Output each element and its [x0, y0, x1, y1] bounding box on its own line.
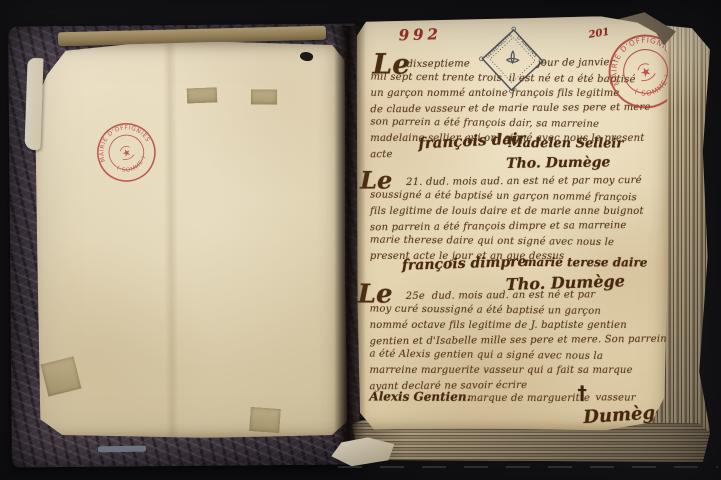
- manuscript-line: marie therese daire qui ont signé avec n…: [370, 232, 662, 250]
- paper-sliver: [98, 446, 146, 453]
- right-page-manuscript: 992 GENERALITE D'AMIENS 201: [355, 15, 668, 430]
- manuscript-line: marreine marguerite vasseur qui a fait s…: [369, 363, 661, 378]
- mairie-offignies-stamp: MAIRIE D'OFFIGNIES ( SOMME ) ★: [85, 111, 167, 193]
- marque-cross: †: [577, 382, 587, 404]
- stamp-emblem: ★: [121, 147, 134, 161]
- folio-number-red: 201: [588, 27, 610, 41]
- tape-piece: [249, 407, 281, 433]
- background-dashed-marks: [338, 466, 718, 468]
- signature-parrain-2: françois dimpre: [402, 254, 527, 274]
- signature-marraine-2: marie terese daire: [524, 255, 648, 269]
- manuscript-line: a été Alexis gentien qui a signé avec no…: [369, 346, 661, 364]
- baptism-entry-3: 25e dud. mois aud. an est né et par moy …: [369, 288, 661, 394]
- signature-cure-1: Tho. Dumège: [506, 154, 610, 171]
- manuscript-line: nommé octave fils legitime de J. baptist…: [370, 318, 662, 333]
- manuscript-line: soussigné a été baptisé un garçon nommé …: [370, 187, 662, 205]
- torn-paper-flap: [24, 58, 43, 151]
- page-crease: [163, 42, 180, 438]
- manuscript-line: moy curé soussigné a été baptisé un garç…: [370, 301, 662, 319]
- page-number-red: 992: [398, 25, 442, 44]
- archival-photo-scene: MAIRIE D'OFFIGNIES ( SOMME ) ★ 992: [0, 0, 721, 480]
- baptism-entry-2: 21. dud. mois aud. an est né et par moy …: [370, 174, 662, 265]
- marque-name: Alexis Gentien.: [369, 390, 470, 404]
- manuscript-line: fils legitime de louis daire et de marie…: [370, 204, 662, 219]
- tape-piece: [187, 87, 218, 103]
- signature-marraine-1: Madelen Selleir: [508, 136, 623, 151]
- tape-piece: [251, 89, 277, 104]
- marque-label: marque de margueritte: [467, 391, 590, 406]
- left-page-blank: MAIRIE D'OFFIGNIES ( SOMME ) ★: [35, 41, 348, 439]
